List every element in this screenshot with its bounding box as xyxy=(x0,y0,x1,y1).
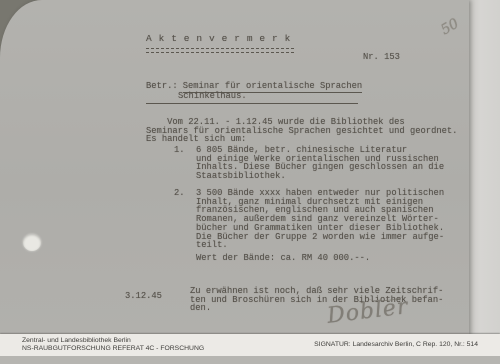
archive-institution: Zentral- und Landesbibliothek Berlin xyxy=(22,337,204,345)
archive-signature-reference: SIGNATUR: Landesarchiv Berlin, C Rep. 12… xyxy=(314,341,478,348)
scanner-background-strip xyxy=(467,0,500,336)
punch-hole xyxy=(23,234,41,251)
archive-department: NS-RAUBGUTFORSCHUNG REFERAT 4C - FORSCHU… xyxy=(22,345,204,353)
item-1-text: 6 805 Bände, betr. chinesische Literatur… xyxy=(196,146,444,181)
item-2-number: 2. xyxy=(174,189,185,198)
item-1-number: 1. xyxy=(174,146,185,155)
value-line: Wert der Bände: ca. RM 40 000.--. xyxy=(196,254,444,263)
opening-paragraph: Vom 22.11. - 1.12.45 wurde die Bibliothe… xyxy=(146,118,457,144)
closing-date: 3.12.45 xyxy=(125,292,162,301)
scanned-document-page: A k t e n v e r m e r k Nr. 153 50 Betr.… xyxy=(0,0,469,336)
title-underline xyxy=(146,48,294,53)
list-item-2: 2. 3 500 Bände xxxx haben entweder nur p… xyxy=(174,189,444,263)
archive-footer-left: Zentral- und Landesbibliothek Berlin NS-… xyxy=(22,337,204,353)
typed-line: Die Bücher der Gruppe 2 worden wie immer… xyxy=(196,233,444,242)
document-title: A k t e n v e r m e r k xyxy=(146,33,291,44)
typed-line: teilt. xyxy=(196,241,444,250)
subject-block: Betr.:Seminar für orientalische Sprachen… xyxy=(146,82,362,104)
footer-bottom-strip xyxy=(0,356,500,364)
typed-line: Staatsbibliothek. xyxy=(196,172,444,181)
list-item-1: 1. 6 805 Bände, betr. chinesische Litera… xyxy=(174,146,444,181)
typed-line: Es handelt sich um: xyxy=(146,135,457,144)
handwritten-page-number: 50 xyxy=(438,16,461,39)
subject-line-2: Schinkelhaus. xyxy=(146,92,358,104)
document-number: Nr. 153 xyxy=(363,52,400,62)
subject-label: Betr.: xyxy=(146,81,178,91)
item-2-text: 3 500 Bände xxxx haben entweder nur poli… xyxy=(196,189,444,250)
